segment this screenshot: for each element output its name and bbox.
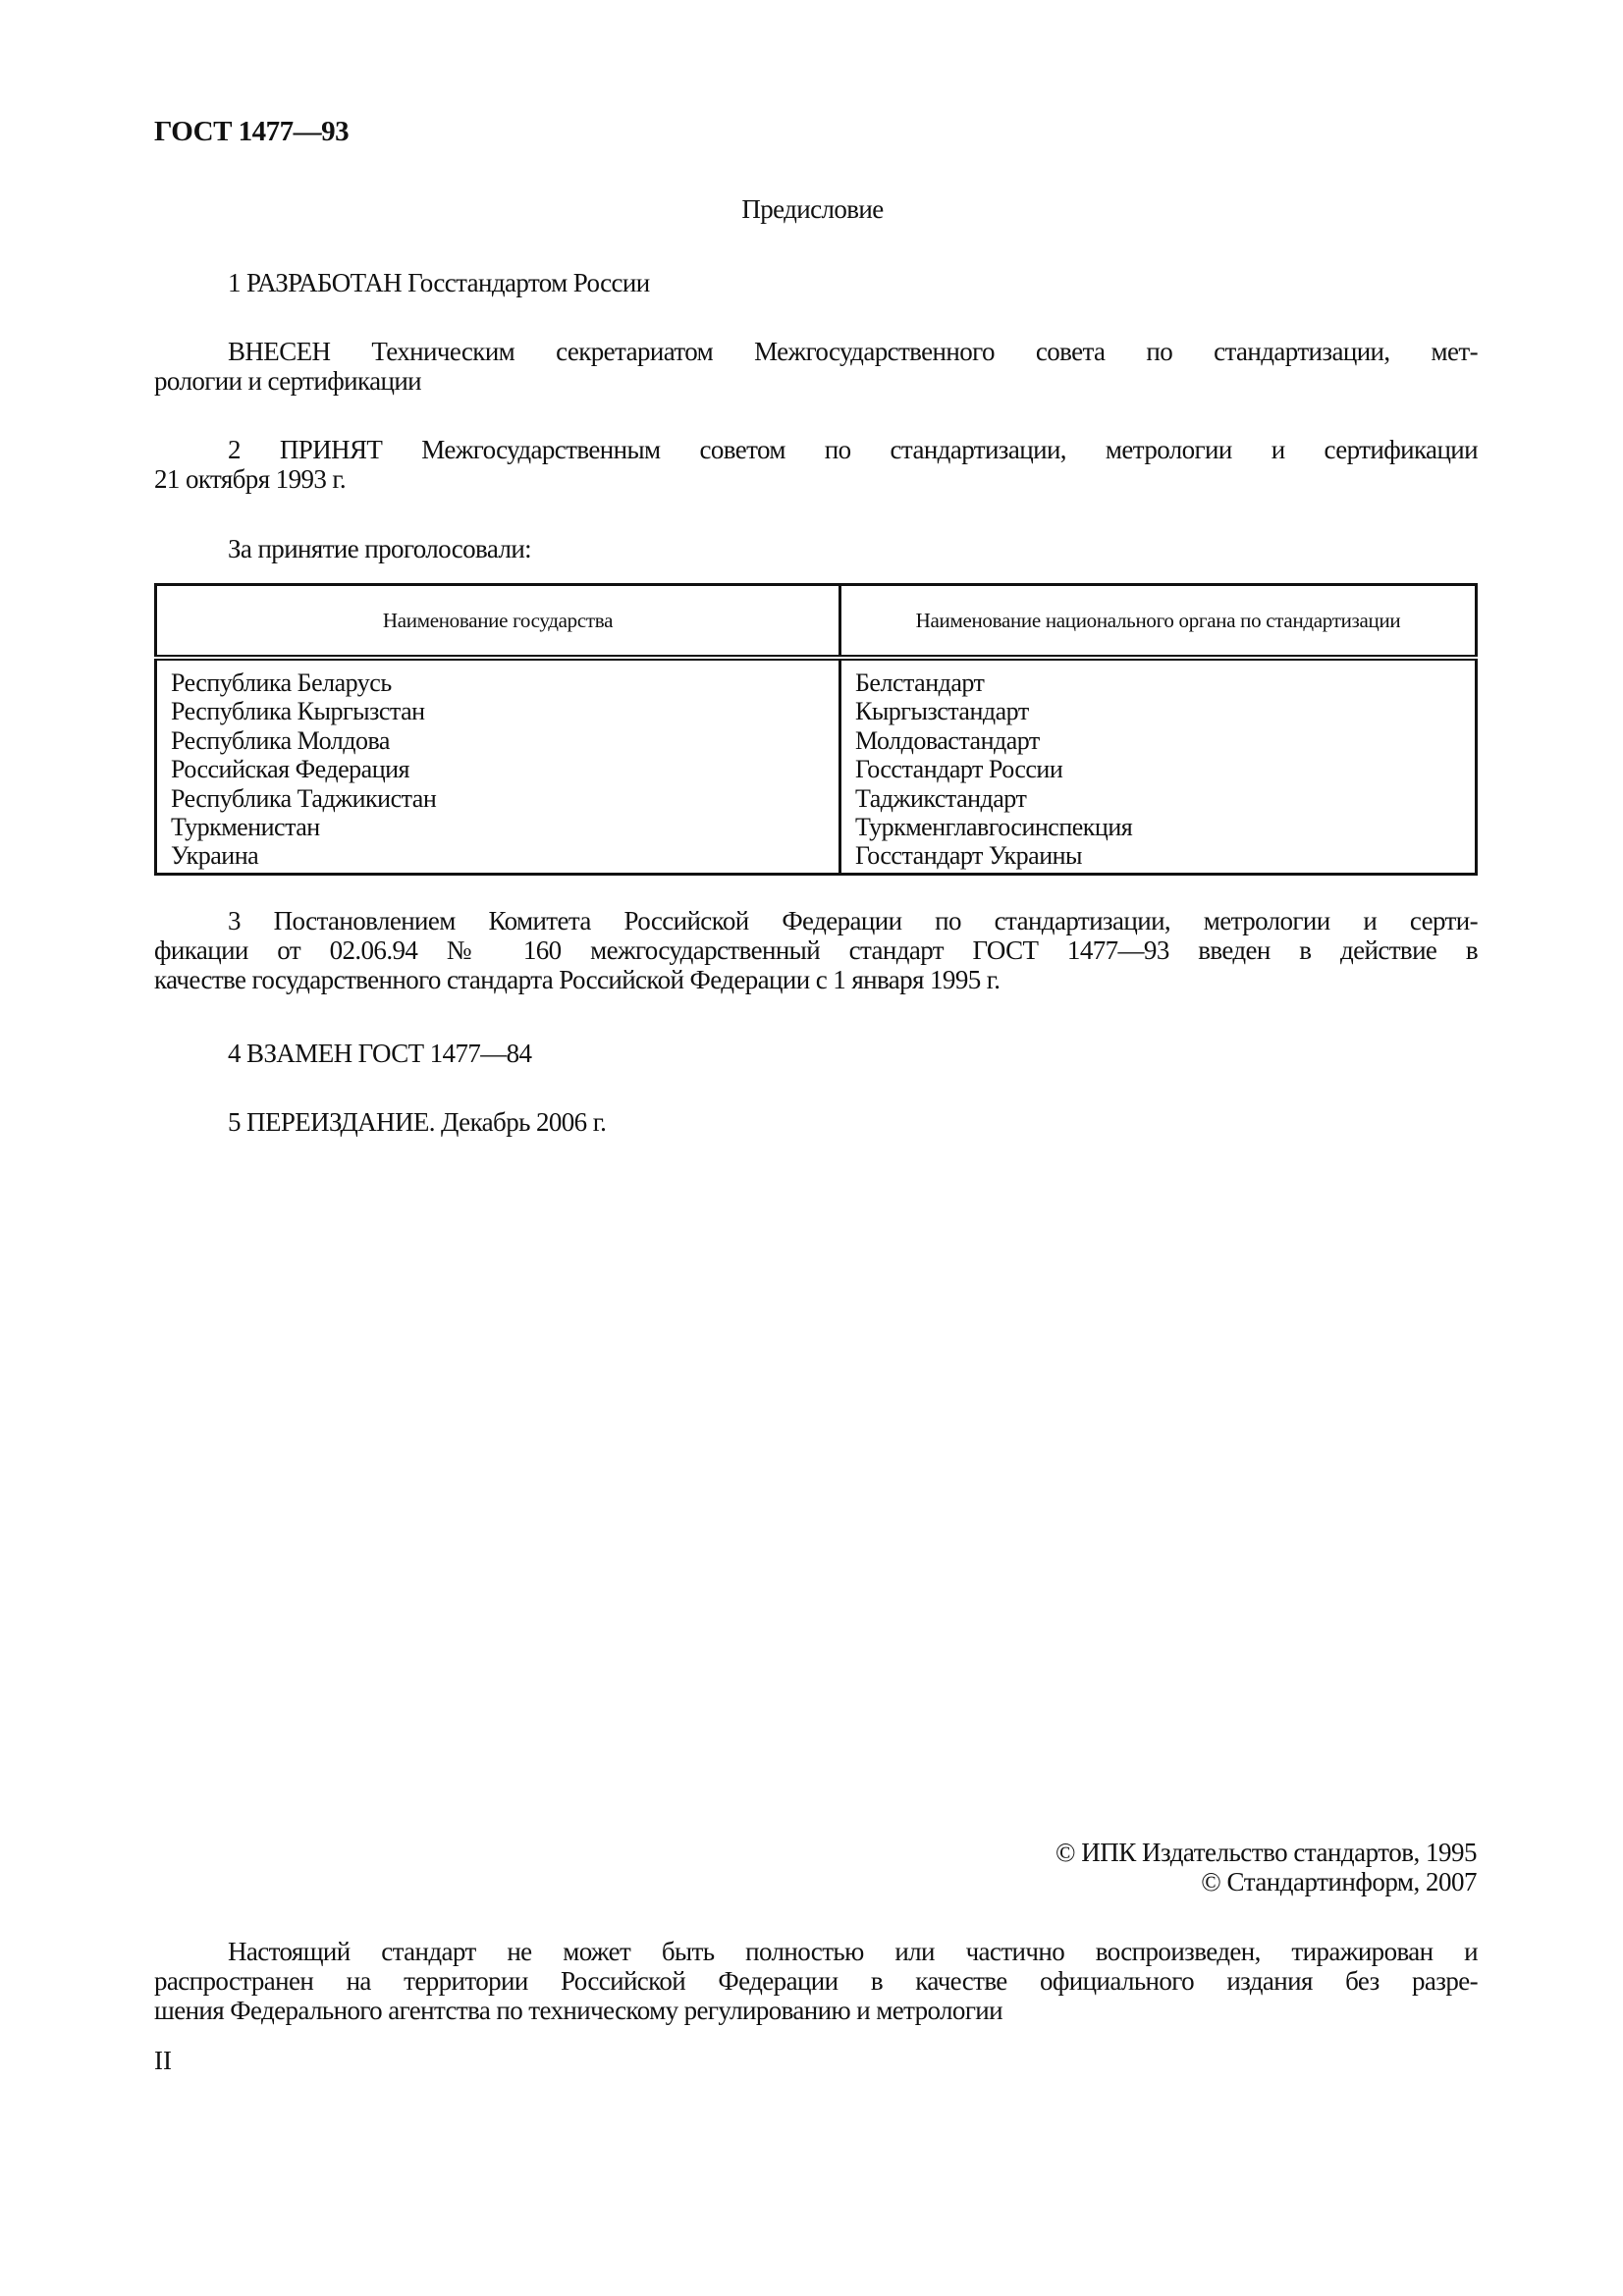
notice-line-3: шения Федерального агентства по техничес… [154,1996,1478,2025]
table-cell-state: Туркменистан [171,813,825,841]
copyright-line-1: © ИПК Издательство стандартов, 1995 [1055,1838,1477,1867]
preface-introduced: ВНЕСЕН Техническим секретариатом Межгосу… [154,337,1478,396]
table-body-row: Республика Беларусь Республика Кыргызста… [156,658,1477,874]
item-3-line-1: 3 Постановлением Комитета Российской Фед… [154,906,1478,935]
reproduction-notice: Настоящий стандарт не может быть полност… [154,1937,1478,2025]
introduced-line-1: ВНЕСЕН Техническим секретариатом Межгосу… [154,337,1478,366]
voted-label-text: За принятие проголосовали: [154,534,1478,563]
item-1-text: 1 РАЗРАБОТАН Госстандартом России [154,268,1478,297]
item-3-line-3: качестве государственного стандарта Росс… [154,965,1478,994]
copyright-block: © ИПК Издательство стандартов, 1995 © Ст… [1055,1838,1477,1896]
preface-item-3: 3 Постановлением Комитета Российской Фед… [154,906,1478,994]
preface-title-text: Предисловие [741,194,883,224]
preface-item-4: 4 ВЗАМЕН ГОСТ 1477—84 [154,1039,1478,1068]
preface-item-1: 1 РАЗРАБОТАН Госстандартом России [154,268,1478,297]
table-header-row: Наименование государства Наименование на… [156,585,1477,659]
copyright-line-2: © Стандартинформ, 2007 [1055,1867,1477,1896]
document-code: ГОСТ 1477—93 [154,116,349,148]
notice-line-1: Настоящий стандарт не может быть полност… [154,1937,1478,1966]
voted-label: За принятие проголосовали: [154,534,1478,563]
table-cell-standards-body: Туркменглавгосинспекция [855,813,1461,841]
item-2-line-2: 21 октября 1993 г. [154,464,1478,494]
item-5-text: 5 ПЕРЕИЗДАНИЕ. Декабрь 2006 г. [154,1107,1478,1137]
table-cell-state: Республика Беларусь [171,668,825,697]
column-header-standards-body: Наименование национального органа по ста… [840,585,1477,659]
preface-title: Предисловие [0,194,1623,224]
table-cell-state: Российская Федерация [171,755,825,783]
preface-item-5: 5 ПЕРЕИЗДАНИЕ. Декабрь 2006 г. [154,1107,1478,1137]
table-cell-standards-body: Госстандарт Украины [855,841,1461,870]
item-2-line-1: 2 ПРИНЯТ Межгосударственным советом по с… [154,435,1478,464]
table-cell-standards-body: Таджикстандарт [855,784,1461,813]
table-cell-state: Республика Таджикистан [171,784,825,813]
column-header-state: Наименование государства [156,585,840,659]
table-cell-state: Республика Кыргызстан [171,697,825,725]
introduced-line-2: рологии и сертификации [154,366,1478,396]
voting-states-table: Наименование государства Наименование на… [154,583,1478,876]
item-4-text: 4 ВЗАМЕН ГОСТ 1477—84 [154,1039,1478,1068]
table-cell-state: Республика Молдова [171,726,825,755]
table-cell-standards-body: Кыргызстандарт [855,697,1461,725]
table-cell-state: Украина [171,841,825,870]
table-cell-standards-body: Белстандарт [855,668,1461,697]
states-column: Республика Беларусь Республика Кыргызста… [156,658,840,874]
notice-line-2: распространен на территории Российской Ф… [154,1966,1478,1996]
table-cell-standards-body: Госстандарт России [855,755,1461,783]
table-cell-standards-body: Молдовастандарт [855,726,1461,755]
page-number: II [154,2046,172,2076]
item-3-line-2: фикации от 02.06.94 № 160 межгосударстве… [154,935,1478,965]
standards-body-column: Белстандарт Кыргызстандарт Молдовастанда… [840,658,1477,874]
preface-item-2: 2 ПРИНЯТ Межгосударственным советом по с… [154,435,1478,494]
